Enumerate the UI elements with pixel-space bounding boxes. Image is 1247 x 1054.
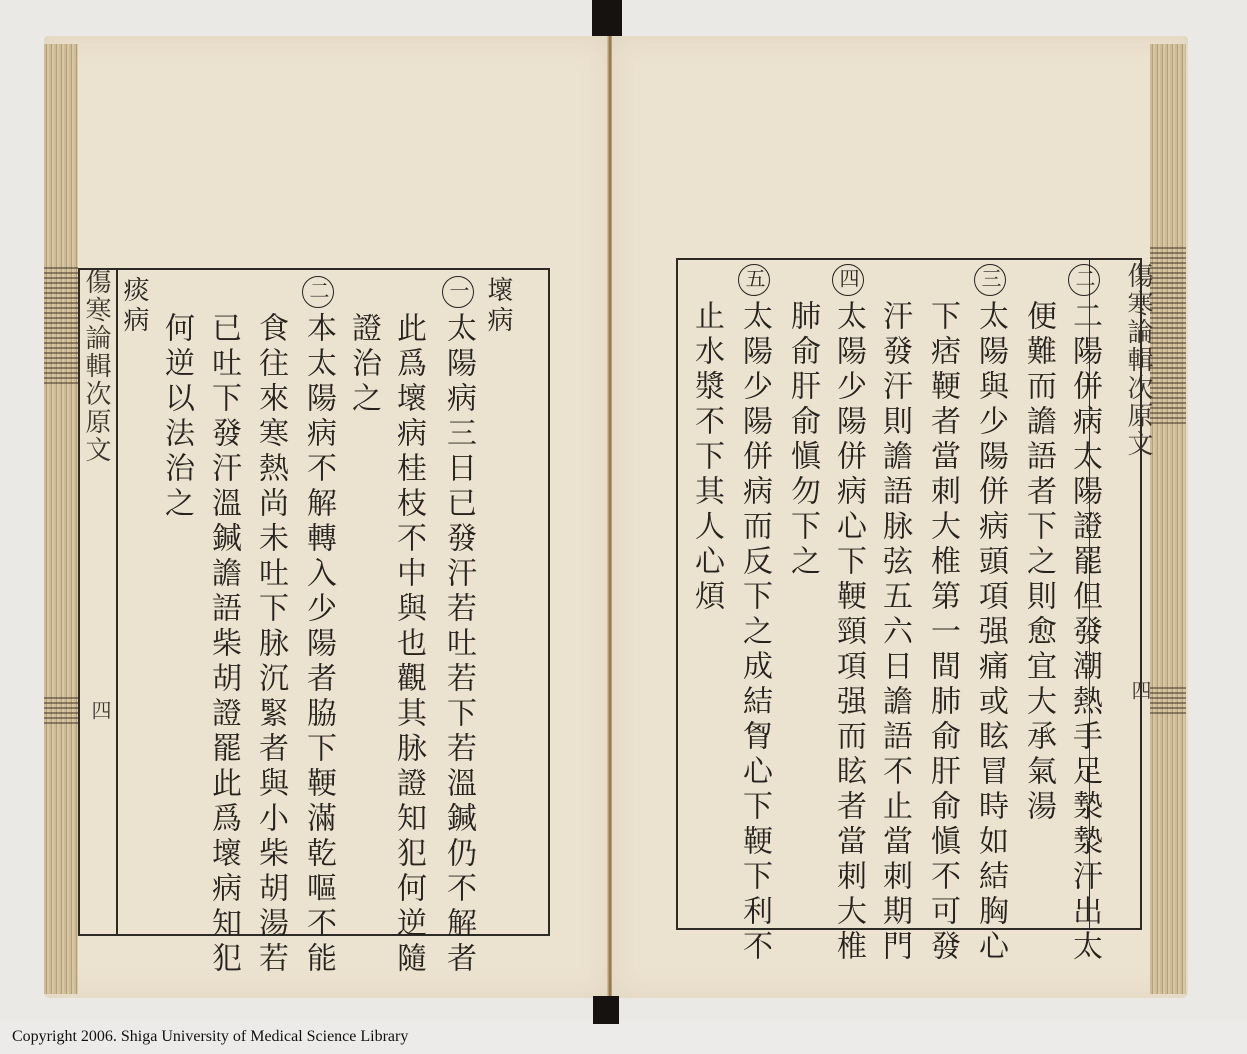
text-column: 三太陽與少陽併病頭項强痛或眩冒時如結胸心 (972, 264, 1008, 965)
text-column: 便難而譫語者下之則愈宜大承氣湯 (1020, 300, 1056, 825)
copyright-notice: Copyright 2006. Shiga University of Medi… (12, 1028, 408, 1046)
edge-ink-mark (44, 694, 78, 724)
text-column: 汗發汗則譫語脉弦五六日譫語不止當刺期門 (876, 300, 912, 965)
column-text: 何逆以法治之 (159, 312, 194, 522)
column-text: 太陽少陽併病心下鞕頸項强而眩者當刺大椎 (831, 300, 866, 965)
edge-ink-mark (44, 264, 78, 384)
column-text: 太陽少陽併病而反下之成結胷心下鞕下利不 (737, 300, 772, 965)
text-column: 肺俞肝俞愼勿下之 (784, 300, 820, 580)
text-column: 下痞鞕者當刺大椎第一間肺俞肝俞愼不可發 (924, 300, 960, 965)
column-text: 本太陽病不解轉入少陽者脇下鞕滿乾嘔不能 (301, 312, 336, 977)
text-column: 五太陽少陽併病而反下之成結胷心下鞕下利不 (736, 264, 772, 965)
text-column: 一太陽病三日已發汗若吐若下若溫鍼仍不解者 (440, 276, 476, 977)
column-text: 二陽併病太陽證罷但發潮熱手足漐漐汗出太 (1067, 300, 1102, 965)
column-text: 汗發汗則譫語脉弦五六日譫語不止當刺期門 (877, 300, 912, 965)
text-column: 四太陽少陽併病心下鞕頸項强而眩者當刺大椎 (830, 264, 866, 965)
column-text: 證治之 (346, 312, 381, 417)
trailing-heading: 痰病 (116, 276, 152, 336)
column-text: 便難而譫語者下之則愈宜大承氣湯 (1021, 300, 1056, 825)
bookmark-ribbon-top (592, 0, 622, 36)
item-number-marker: 四 (832, 264, 864, 296)
item-number-marker: 二 (1068, 264, 1100, 296)
text-column: 已吐下發汗溫鍼譫語柴胡證罷此爲壞病知犯 (205, 312, 241, 977)
bookmark-ribbon-bottom (593, 996, 619, 1024)
item-number-marker: 一 (442, 276, 474, 308)
edge-ink-mark (1150, 684, 1186, 714)
column-text: 下痞鞕者當刺大椎第一間肺俞肝俞愼不可發 (925, 300, 960, 965)
column-text: 肺俞肝俞愼勿下之 (785, 300, 820, 580)
text-column: 二本太陽病不解轉入少陽者脇下鞕滿乾嘔不能 (300, 276, 336, 977)
right-page-edge (1150, 44, 1186, 994)
text-column: 止水漿不下其人心煩 (688, 300, 724, 615)
column-text: 已吐下發汗溫鍼譫語柴胡證罷此爲壞病知犯 (206, 312, 241, 977)
left-page-edge (44, 44, 78, 994)
column-text: 太陽與少陽併病頭項强痛或眩冒時如結胸心 (973, 300, 1008, 965)
item-number-marker: 二 (302, 276, 334, 308)
text-column: 二二陽併病太陽證罷但發潮熱手足漐漐汗出太 (1066, 264, 1102, 965)
text-column: 何逆以法治之 (158, 312, 194, 522)
item-number-marker: 三 (974, 264, 1006, 296)
text-column: 此爲壞病桂枝不中與也觀其脉證知犯何逆隨 (390, 312, 426, 977)
frame-inner-line (116, 270, 118, 934)
text-column: 證治之 (345, 312, 381, 417)
column-text: 止水漿不下其人心煩 (689, 300, 724, 615)
column-text: 太陽病三日已發汗若吐若下若溫鍼仍不解者 (441, 312, 476, 977)
column-text: 此爲壞病桂枝不中與也觀其脉證知犯何逆隨 (391, 312, 426, 977)
section-heading: 壞病 (480, 276, 516, 336)
column-text: 食往來寒熱尚未吐下脉沉緊者與小柴胡湯若 (253, 312, 288, 977)
text-column: 食往來寒熱尚未吐下脉沉緊者與小柴胡湯若 (252, 312, 288, 977)
item-number-marker: 五 (738, 264, 770, 296)
